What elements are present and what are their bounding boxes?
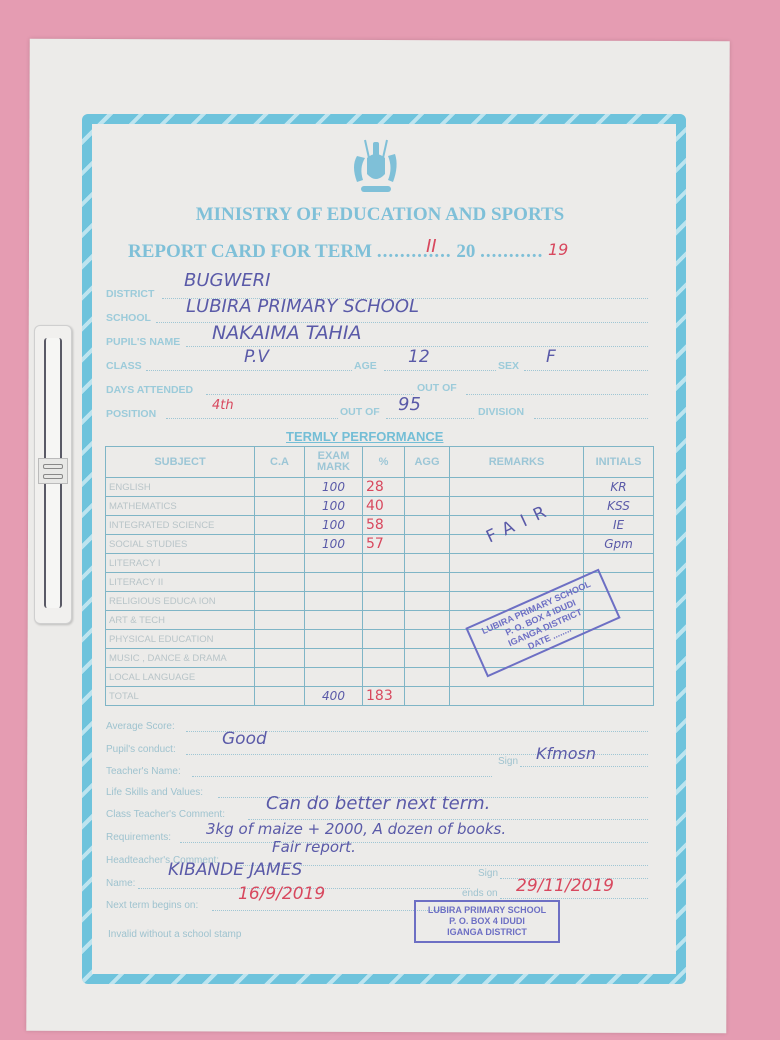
exam-cell: 100 bbox=[305, 478, 363, 497]
school-label: SCHOOL bbox=[106, 312, 151, 324]
pupil-name-label: PUPIL'S NAME bbox=[106, 336, 180, 348]
percent-total-cell: 183 bbox=[363, 687, 405, 706]
teacher-name-label: Teacher's Name: bbox=[106, 766, 181, 777]
table-row: MUSIC , DANCE & DRAMA bbox=[106, 649, 654, 668]
subject-cell: PHYSICAL EDUCATION bbox=[106, 630, 255, 649]
dots: ............. bbox=[377, 241, 452, 262]
table-row: LITERACY I bbox=[106, 554, 654, 573]
year-value: 19 bbox=[548, 240, 568, 259]
ends-on-label: ends on bbox=[462, 888, 498, 899]
initials-cell bbox=[584, 687, 654, 706]
exam-cell bbox=[305, 630, 363, 649]
agg-cell bbox=[405, 573, 450, 592]
initials-cell: KR bbox=[584, 478, 654, 497]
class-line bbox=[146, 370, 352, 371]
subject-cell: LITERACY II bbox=[106, 573, 255, 592]
ministry-title: MINISTRY OF EDUCATION AND SPORTS bbox=[100, 204, 660, 226]
exam-cell bbox=[305, 592, 363, 611]
class-teacher-comment-label: Class Teacher's Comment: bbox=[106, 809, 225, 820]
teacher-name-line bbox=[192, 776, 492, 777]
table-row: LOCAL LANGUAGE bbox=[106, 668, 654, 687]
class-label: CLASS bbox=[106, 360, 142, 372]
agg-cell bbox=[405, 554, 450, 573]
subject-cell: SOCIAL STUDIES bbox=[106, 535, 255, 554]
school-stamp-footer: LUBIRA PRIMARY SCHOOL P. O. BOX 4 IDUDI … bbox=[414, 900, 560, 943]
subject-cell: ENGLISH bbox=[106, 478, 255, 497]
header-remarks: REMARKS bbox=[450, 447, 584, 478]
conduct-label: Pupil's conduct: bbox=[106, 744, 176, 755]
report-title: REPORT CARD FOR TERM ............. 20 ..… bbox=[128, 241, 543, 263]
ca-cell bbox=[255, 516, 305, 535]
ca-cell bbox=[255, 573, 305, 592]
position-line bbox=[166, 418, 338, 419]
requirements-value: 3kg of maize + 2000, A dozen of books. bbox=[206, 820, 506, 838]
percent-cell bbox=[363, 592, 405, 611]
percent-cell: 57 bbox=[363, 535, 405, 554]
sex-value: F bbox=[546, 347, 556, 367]
table-row: SOCIAL STUDIES10057Gpm bbox=[106, 535, 654, 554]
class-teacher-comment-value: Can do better next term. bbox=[266, 793, 490, 814]
ca-cell bbox=[255, 497, 305, 516]
header-subject: SUBJECT bbox=[106, 447, 255, 478]
termly-performance-title: TERMLY PERFORMANCE bbox=[286, 429, 443, 444]
days-out-of-label: OUT OF bbox=[417, 382, 457, 394]
exam-cell bbox=[305, 554, 363, 573]
age-label: AGE bbox=[354, 360, 377, 372]
exam-cell bbox=[305, 573, 363, 592]
subject-cell: LITERACY I bbox=[106, 554, 255, 573]
average-score-label: Average Score: bbox=[106, 721, 175, 732]
stamp-line: IGANGA DISTRICT bbox=[422, 927, 552, 938]
initials-cell bbox=[584, 630, 654, 649]
ca-cell bbox=[255, 592, 305, 611]
performance-table: SUBJECT C.A EXAM MARK % AGG REMARKS INIT… bbox=[105, 446, 654, 706]
headteacher-comment-value: Fair report. bbox=[272, 838, 356, 856]
position-out-of-line bbox=[386, 418, 474, 419]
report-title-prefix: REPORT CARD FOR TERM bbox=[128, 241, 372, 262]
percent-cell: 28 bbox=[363, 478, 405, 497]
days-attended-line bbox=[206, 394, 414, 395]
percent-cell bbox=[363, 554, 405, 573]
exam-cell bbox=[305, 649, 363, 668]
subject-cell: MATHEMATICS bbox=[106, 497, 255, 516]
ends-on-value: 29/11/2019 bbox=[516, 876, 614, 896]
stamp-line: P. O. BOX 4 IDUDI bbox=[422, 916, 552, 927]
agg-cell bbox=[405, 592, 450, 611]
subject-cell: LOCAL LANGUAGE bbox=[106, 668, 255, 687]
ca-cell bbox=[255, 630, 305, 649]
agg-cell bbox=[405, 630, 450, 649]
percent-cell: 58 bbox=[363, 516, 405, 535]
agg-cell bbox=[405, 478, 450, 497]
coat-of-arms-icon bbox=[343, 136, 409, 202]
ends-on-line bbox=[500, 898, 648, 899]
sex-line bbox=[524, 370, 648, 371]
agg-cell bbox=[405, 649, 450, 668]
age-line bbox=[384, 370, 496, 371]
agg-cell bbox=[405, 687, 450, 706]
position-label: POSITION bbox=[106, 408, 156, 420]
header-exam-mark: EXAM MARK bbox=[305, 447, 363, 478]
agg-cell bbox=[405, 535, 450, 554]
class-value: P.V bbox=[244, 347, 269, 367]
header-percent: % bbox=[363, 447, 405, 478]
header-ca: C.A bbox=[255, 447, 305, 478]
exam-total-cell: 400 bbox=[305, 687, 363, 706]
requirements-label: Requirements: bbox=[106, 832, 171, 843]
exam-cell bbox=[305, 668, 363, 687]
table-row: MATHEMATICS10040KSS bbox=[106, 497, 654, 516]
stamp-line: LUBIRA PRIMARY SCHOOL bbox=[422, 905, 552, 916]
dots: ........... bbox=[480, 241, 543, 262]
days-out-of-line bbox=[466, 394, 648, 395]
subject-cell: MUSIC , DANCE & DRAMA bbox=[106, 649, 255, 668]
ca-cell bbox=[255, 611, 305, 630]
remarks-cell bbox=[450, 478, 584, 497]
exam-cell: 100 bbox=[305, 516, 363, 535]
agg-cell bbox=[405, 516, 450, 535]
district-value: BUGWERI bbox=[184, 270, 270, 291]
year-prefix: 20 bbox=[456, 241, 475, 262]
table-total-row: TOTAL400183 bbox=[106, 687, 654, 706]
agg-cell bbox=[405, 611, 450, 630]
remarks-cell bbox=[450, 535, 584, 554]
sex-label: SEX bbox=[498, 360, 519, 372]
file-clip bbox=[34, 325, 72, 624]
remarks-cell bbox=[450, 668, 584, 687]
head-name-label: Name: bbox=[106, 878, 135, 889]
initials-cell: KSS bbox=[584, 497, 654, 516]
teacher-signature: Kfmosn bbox=[536, 744, 596, 763]
exam-cell bbox=[305, 611, 363, 630]
ca-cell bbox=[255, 554, 305, 573]
ca-cell bbox=[255, 478, 305, 497]
footer-note: Invalid without a school stamp bbox=[108, 929, 241, 940]
table-row: ENGLISH10028KR bbox=[106, 478, 654, 497]
teacher-sign-line bbox=[520, 766, 648, 767]
percent-cell bbox=[363, 649, 405, 668]
conduct-value: Good bbox=[222, 729, 267, 749]
percent-cell bbox=[363, 611, 405, 630]
district-label: DISTRICT bbox=[106, 288, 154, 300]
percent-cell bbox=[363, 630, 405, 649]
initials-cell bbox=[584, 649, 654, 668]
ca-cell bbox=[255, 687, 305, 706]
position-out-of-value: 95 bbox=[398, 394, 421, 415]
ca-cell bbox=[255, 668, 305, 687]
ca-cell bbox=[255, 535, 305, 554]
requirements-line bbox=[180, 842, 648, 843]
agg-cell bbox=[405, 668, 450, 687]
next-term-begins-value: 16/9/2019 bbox=[238, 884, 325, 904]
head-name-value: KIBANDE JAMES bbox=[168, 860, 302, 880]
percent-cell: 40 bbox=[363, 497, 405, 516]
ca-cell bbox=[255, 649, 305, 668]
subject-cell: INTEGRATED SCIENCE bbox=[106, 516, 255, 535]
initials-cell: IE bbox=[584, 516, 654, 535]
days-attended-label: DAYS ATTENDED bbox=[106, 384, 193, 396]
school-value: LUBIRA PRIMARY SCHOOL bbox=[186, 296, 419, 317]
division-label: DIVISION bbox=[478, 406, 524, 418]
initials-cell bbox=[584, 668, 654, 687]
remarks-cell bbox=[450, 687, 584, 706]
subject-cell: TOTAL bbox=[106, 687, 255, 706]
age-value: 12 bbox=[408, 347, 430, 367]
teacher-sign-label: Sign bbox=[498, 756, 518, 767]
header-agg: AGG bbox=[405, 447, 450, 478]
division-line bbox=[534, 418, 648, 419]
position-value: 4th bbox=[212, 398, 234, 413]
table-row: INTEGRATED SCIENCE10058IE bbox=[106, 516, 654, 535]
subject-cell: ART & TECH bbox=[106, 611, 255, 630]
position-out-of-label: OUT OF bbox=[340, 406, 380, 418]
initials-cell: Gpm bbox=[584, 535, 654, 554]
table-header-row: SUBJECT C.A EXAM MARK % AGG REMARKS INIT… bbox=[106, 447, 654, 478]
exam-cell: 100 bbox=[305, 497, 363, 516]
exam-cell: 100 bbox=[305, 535, 363, 554]
life-skills-label: Life Skills and Values: bbox=[106, 787, 203, 798]
term-value: II bbox=[426, 236, 437, 257]
head-sign-label: Sign bbox=[478, 868, 498, 879]
clip-latch bbox=[38, 458, 68, 484]
next-term-label: Next term begins on: bbox=[106, 900, 198, 911]
remarks-cell bbox=[450, 554, 584, 573]
percent-cell bbox=[363, 573, 405, 592]
pupil-name-value: NAKAIMA TAHIA bbox=[212, 322, 361, 344]
agg-cell bbox=[405, 497, 450, 516]
subject-cell: RELIGIOUS EDUCA ION bbox=[106, 592, 255, 611]
percent-cell bbox=[363, 668, 405, 687]
header-initials: INITIALS bbox=[584, 447, 654, 478]
